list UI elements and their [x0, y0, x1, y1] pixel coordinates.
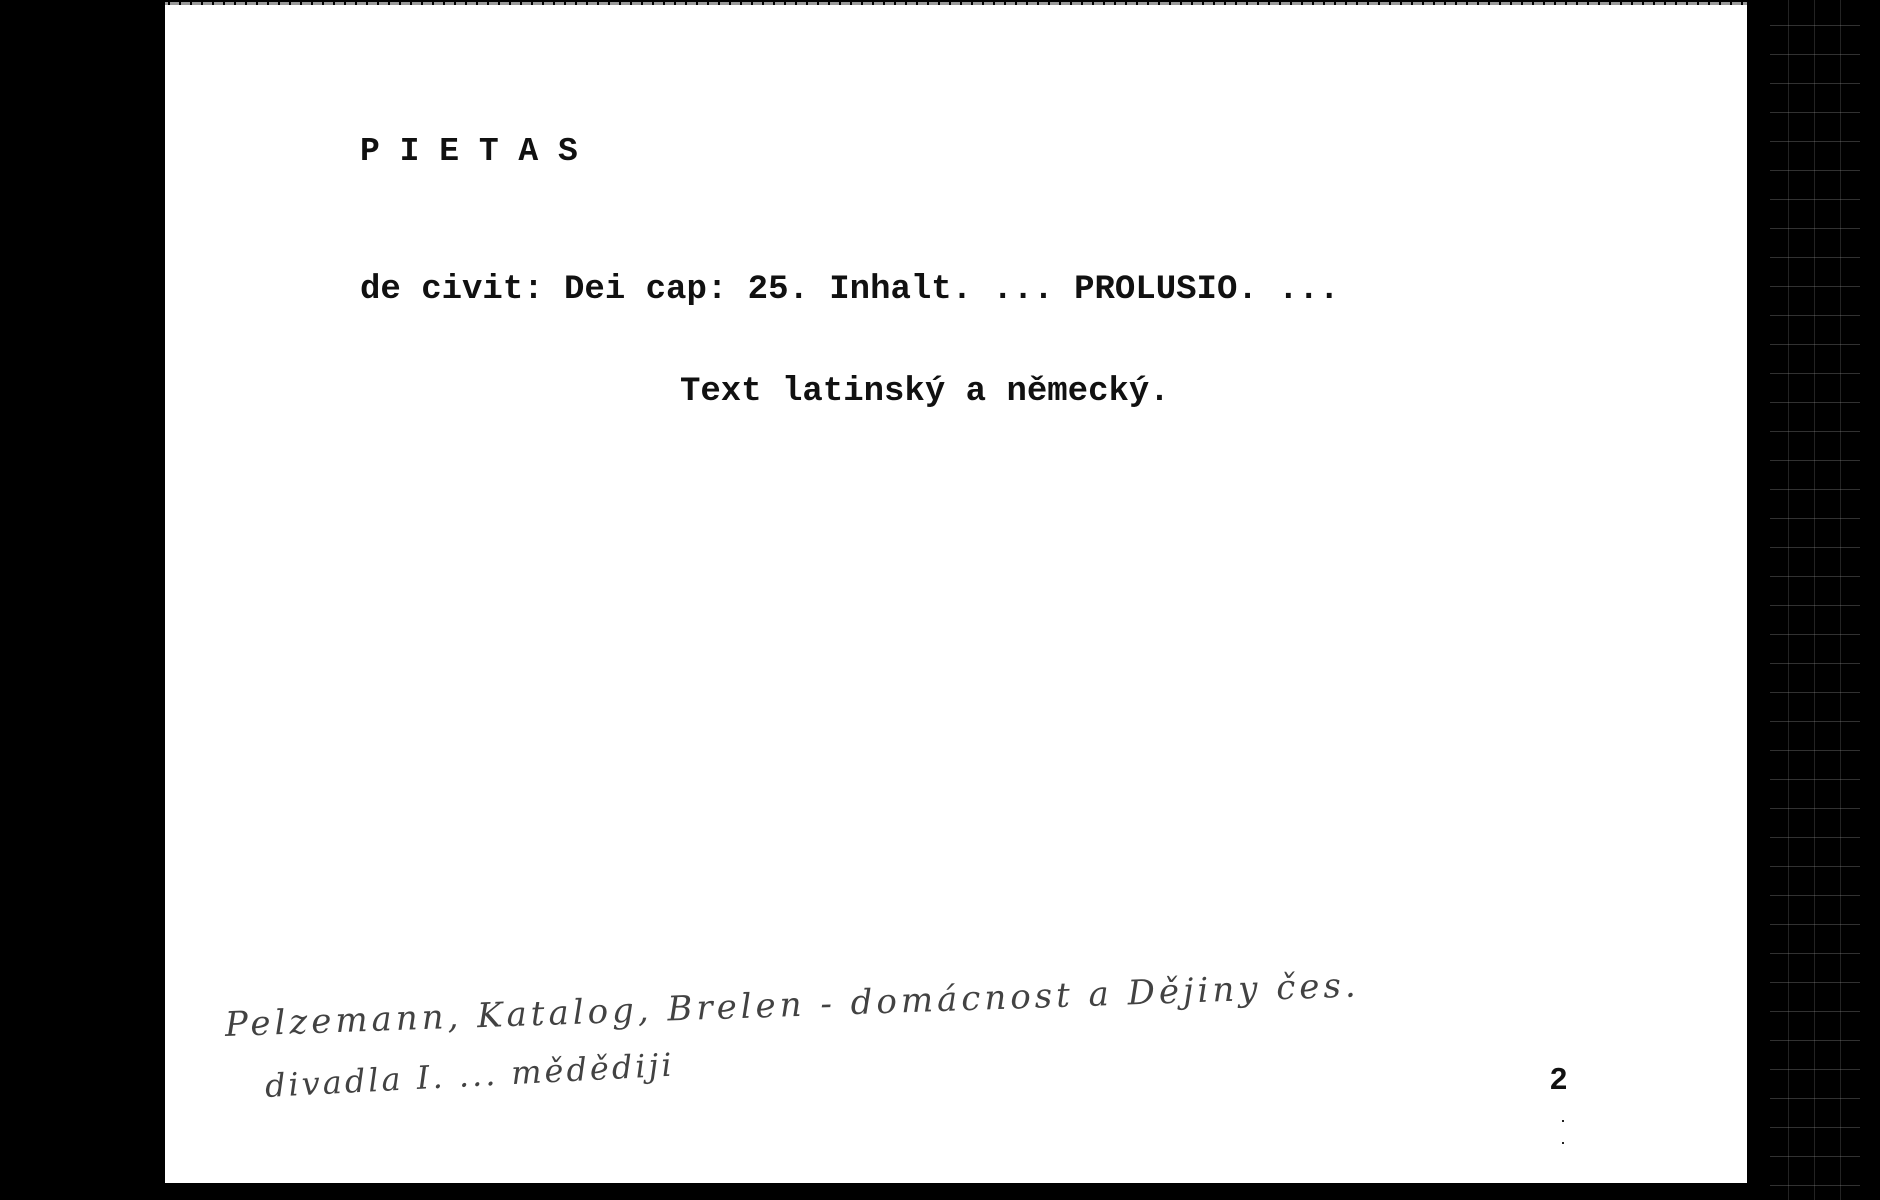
catalog-card: P I E T A S de civit: Dei cap: 25. Inhal… — [165, 5, 1747, 1183]
scanner-edge-noise — [1770, 0, 1860, 1200]
card-title: P I E T A S — [360, 133, 578, 170]
page-number: 2 — [1550, 1061, 1567, 1097]
handwritten-note-line-2: divadla I. ... mědědiji — [264, 1046, 676, 1105]
handwritten-note-line-1: Pelzemann, Katalog, Brelen - domácnost a… — [224, 965, 1360, 1045]
card-language-note: Text latinský a německý. — [680, 373, 1170, 411]
speck — [1562, 1142, 1564, 1144]
speck — [1562, 1120, 1564, 1122]
card-edge — [165, 2, 1747, 5]
card-description: de civit: Dei cap: 25. Inhalt. ... PROLU… — [360, 271, 1339, 309]
